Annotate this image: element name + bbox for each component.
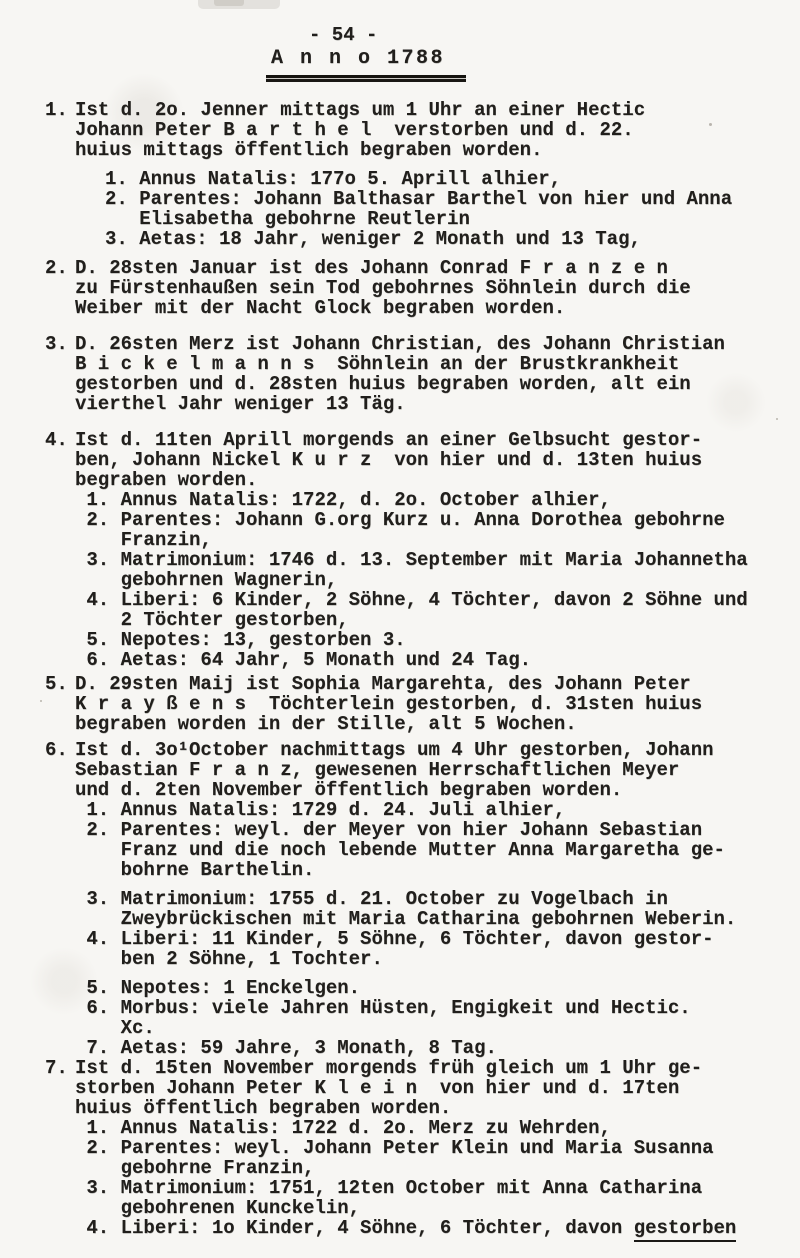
entry-4: 4. Ist d. 11ten Aprill morgends an einer…: [45, 430, 748, 670]
scan-speck: [776, 418, 778, 420]
entry-3: 3. D. 26sten Merz ist Johann Christian, …: [45, 334, 725, 414]
entry-text: D. 29sten Maij ist Sophia Margarehta, de…: [75, 674, 702, 734]
scan-artifact: [214, 0, 244, 6]
entry-body: D. 28sten Januar ist des Johann Conrad F…: [75, 258, 691, 318]
entry-body: Ist d. 3o¹October nachmittags um 4 Uhr g…: [75, 740, 736, 880]
entry-5: 5. D. 29sten Maij ist Sophia Margarehta,…: [45, 674, 702, 734]
scanned-page: - 54 - A n n o 1788 1. Ist d. 2o. Jenner…: [0, 0, 800, 1258]
entry-details: 1. Annus Natalis: 177o 5. Aprill alhier,…: [105, 169, 732, 249]
entry-text: D. 28sten Januar ist des Johann Conrad F…: [75, 258, 691, 318]
scan-speck: [40, 700, 42, 702]
entry-number: 1.: [45, 100, 75, 120]
page-title: A n n o 1788: [271, 49, 445, 69]
page-number: - 54 -: [309, 25, 377, 45]
entry-number: 7.: [45, 1058, 75, 1078]
entry-1: 1. Ist d. 2o. Jenner mittags um 1 Uhr an…: [45, 100, 732, 249]
entry-number: 4.: [45, 430, 75, 450]
entry-text: Ist d. 3o¹October nachmittags um 4 Uhr g…: [75, 740, 736, 1058]
entry-number: 3.: [45, 334, 75, 354]
underlined-word: gestorben: [634, 1217, 737, 1242]
entry-body: Ist d. 15ten November morgends früh glei…: [75, 1058, 736, 1218]
entry-text: Ist d. 11ten Aprill morgends an einer Ge…: [75, 430, 748, 670]
entry-details: 3. Matrimonium: 1755 d. 21. October zu V…: [75, 889, 736, 969]
entry-7: 7. Ist d. 15ten November morgends früh g…: [45, 1058, 736, 1238]
entry-text: Ist d. 15ten November morgends früh glei…: [75, 1058, 736, 1238]
entry-6: 6. Ist d. 3o¹October nachmittags um 4 Uh…: [45, 740, 736, 1058]
entry-number: 2.: [45, 258, 75, 278]
entry-text: Ist d. 2o. Jenner mittags um 1 Uhr an ei…: [75, 100, 732, 249]
entry-details-2: 5. Nepotes: 1 Enckelgen. 6. Morbus: viel…: [75, 978, 736, 1058]
title-underline: [266, 75, 466, 82]
entry-number: 5.: [45, 674, 75, 694]
entry-2: 2. D. 28sten Januar ist des Johann Conra…: [45, 258, 691, 318]
entry-last-line: 4. Liberi: 1o Kinder, 4 Söhne, 6 Töchter…: [75, 1218, 736, 1238]
liberi-line-prefix: 4. Liberi: 1o Kinder, 4 Söhne, 6 Töchter…: [75, 1217, 634, 1239]
entry-body: Ist d. 2o. Jenner mittags um 1 Uhr an ei…: [75, 100, 732, 160]
entry-body: D. 26sten Merz ist Johann Christian, des…: [75, 334, 725, 414]
entry-text: D. 26sten Merz ist Johann Christian, des…: [75, 334, 725, 414]
entry-body: Ist d. 11ten Aprill morgends an einer Ge…: [75, 430, 748, 670]
entry-number: 6.: [45, 740, 75, 760]
entry-body: D. 29sten Maij ist Sophia Margarehta, de…: [75, 674, 702, 734]
